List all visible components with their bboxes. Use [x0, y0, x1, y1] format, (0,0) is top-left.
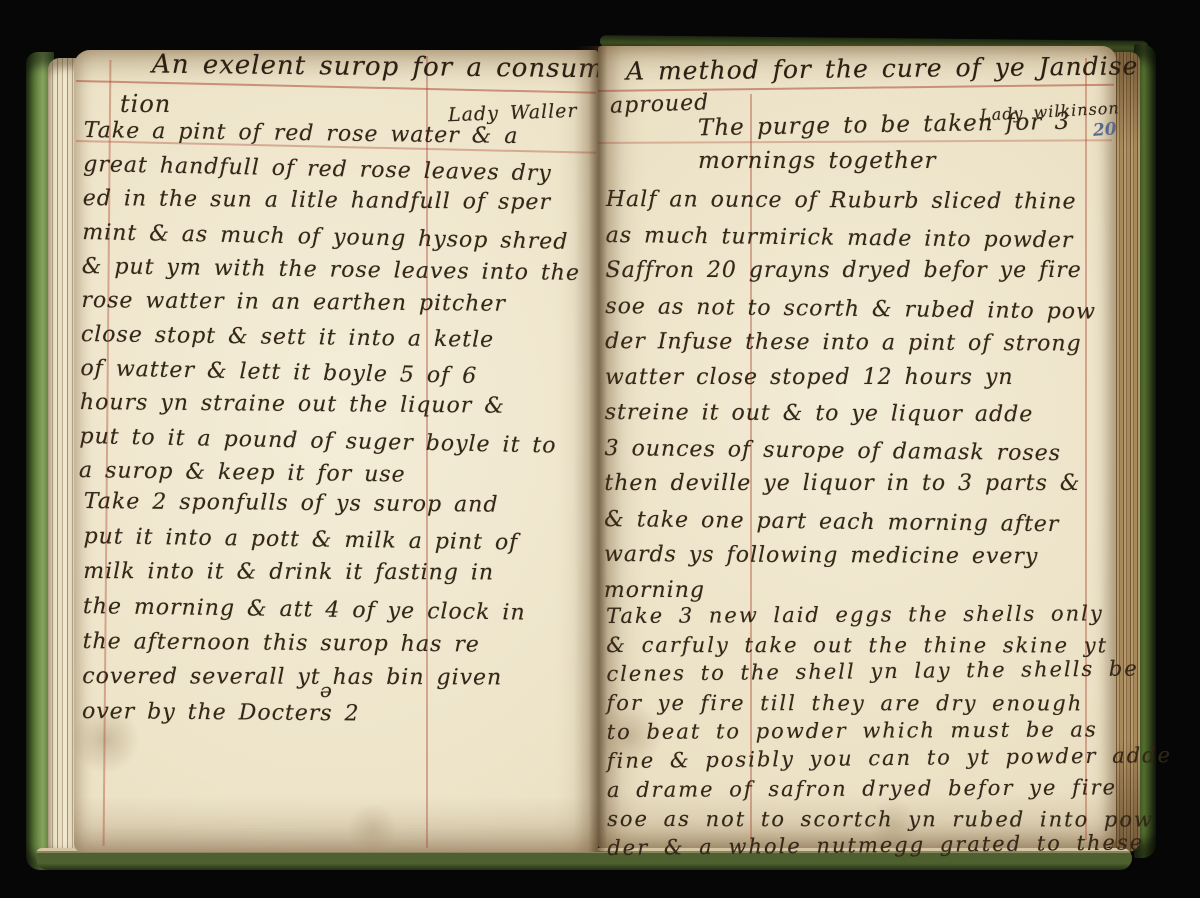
manuscript-line: hours yn straine out the liquor &: [80, 386, 578, 424]
page-number: 20: [1092, 119, 1117, 141]
manuscript-line: the morning & att 4 of ye clock in: [83, 589, 526, 631]
manuscript-line: over by the Docters 2: [82, 694, 525, 733]
medicine-recipe-body: Take 3 new laid eggs the shells only& ca…: [606, 599, 1173, 863]
manuscript-line: der Infuse these into a pint of strong: [605, 324, 1096, 362]
scribal-flourish: ə: [320, 678, 333, 702]
manuscript-line: then deville ye liquor in to 3 parts &: [604, 466, 1095, 502]
manuscript-line: rose watter in an earthen pitcher: [81, 284, 579, 322]
ruled-line-horizontal: [598, 139, 1112, 144]
approval-note: aproued: [610, 90, 710, 118]
right-recipe-title: A method for the cure of ye Jandise: [626, 51, 1139, 85]
manuscript-line: clenes to the shell yn lay the shells be: [606, 654, 1171, 689]
manuscript-line: milk into it & drink it fasting in: [83, 554, 526, 591]
manuscript-line: soe as not to scorth & rubed into pow: [605, 288, 1096, 329]
left-page: An exelent surop for a consump tion Lady…: [74, 50, 598, 852]
manuscript-line: for ye fire till they are dry enough: [607, 689, 1172, 718]
manuscript-line: Take 2 sponfulls of ys surop and: [84, 484, 527, 523]
manuscript-line: watter close stoped 12 hours yn: [605, 359, 1096, 395]
left-recipe-title: An exelent surop for a consump: [152, 50, 622, 85]
photo-background: An exelent surop for a consump tion Lady…: [0, 0, 1200, 898]
purge-recipe-body: Half an ounce of Ruburb sliced thineas m…: [604, 182, 1097, 611]
manuscript-line: fine & posibly you can to yt powder adde: [607, 741, 1172, 776]
manuscript-line: Half an ounce of Ruburb sliced thine: [606, 182, 1097, 220]
manuscript-line: wards ys following medicine every: [604, 537, 1095, 575]
right-page: A method for the cure of ye Jandise apro…: [598, 46, 1116, 848]
purge-heading-line1: The purge to be taken for 3: [698, 109, 1071, 141]
left-recipe-body: Take a pint of red rose water & agreat h…: [79, 114, 582, 495]
left-dosage-body: Take 2 sponfulls of ys surop andput it i…: [82, 484, 527, 733]
manuscript-line: a drame of safron dryed befor ye fire: [607, 773, 1172, 805]
purge-heading-line2: mornings together: [698, 148, 937, 174]
manuscript-line: & take one part each morning after: [604, 501, 1095, 542]
manuscript-line: covered severall yt has bin given: [82, 659, 525, 696]
manuscript-line: streine it out & to ye liquor adde: [605, 395, 1096, 433]
manuscript-line: Take 3 new laid eggs the shells only: [606, 599, 1171, 631]
manuscript-line: the afternoon this surop has re: [82, 624, 525, 663]
manuscript-line: Saffron 20 grayns dryed befor ye fire: [606, 253, 1097, 289]
manuscript-line: ed in the sun a litle handfull of sper: [83, 182, 581, 220]
manuscript-line: der & a whole nutmegg grated to these: [607, 828, 1172, 863]
